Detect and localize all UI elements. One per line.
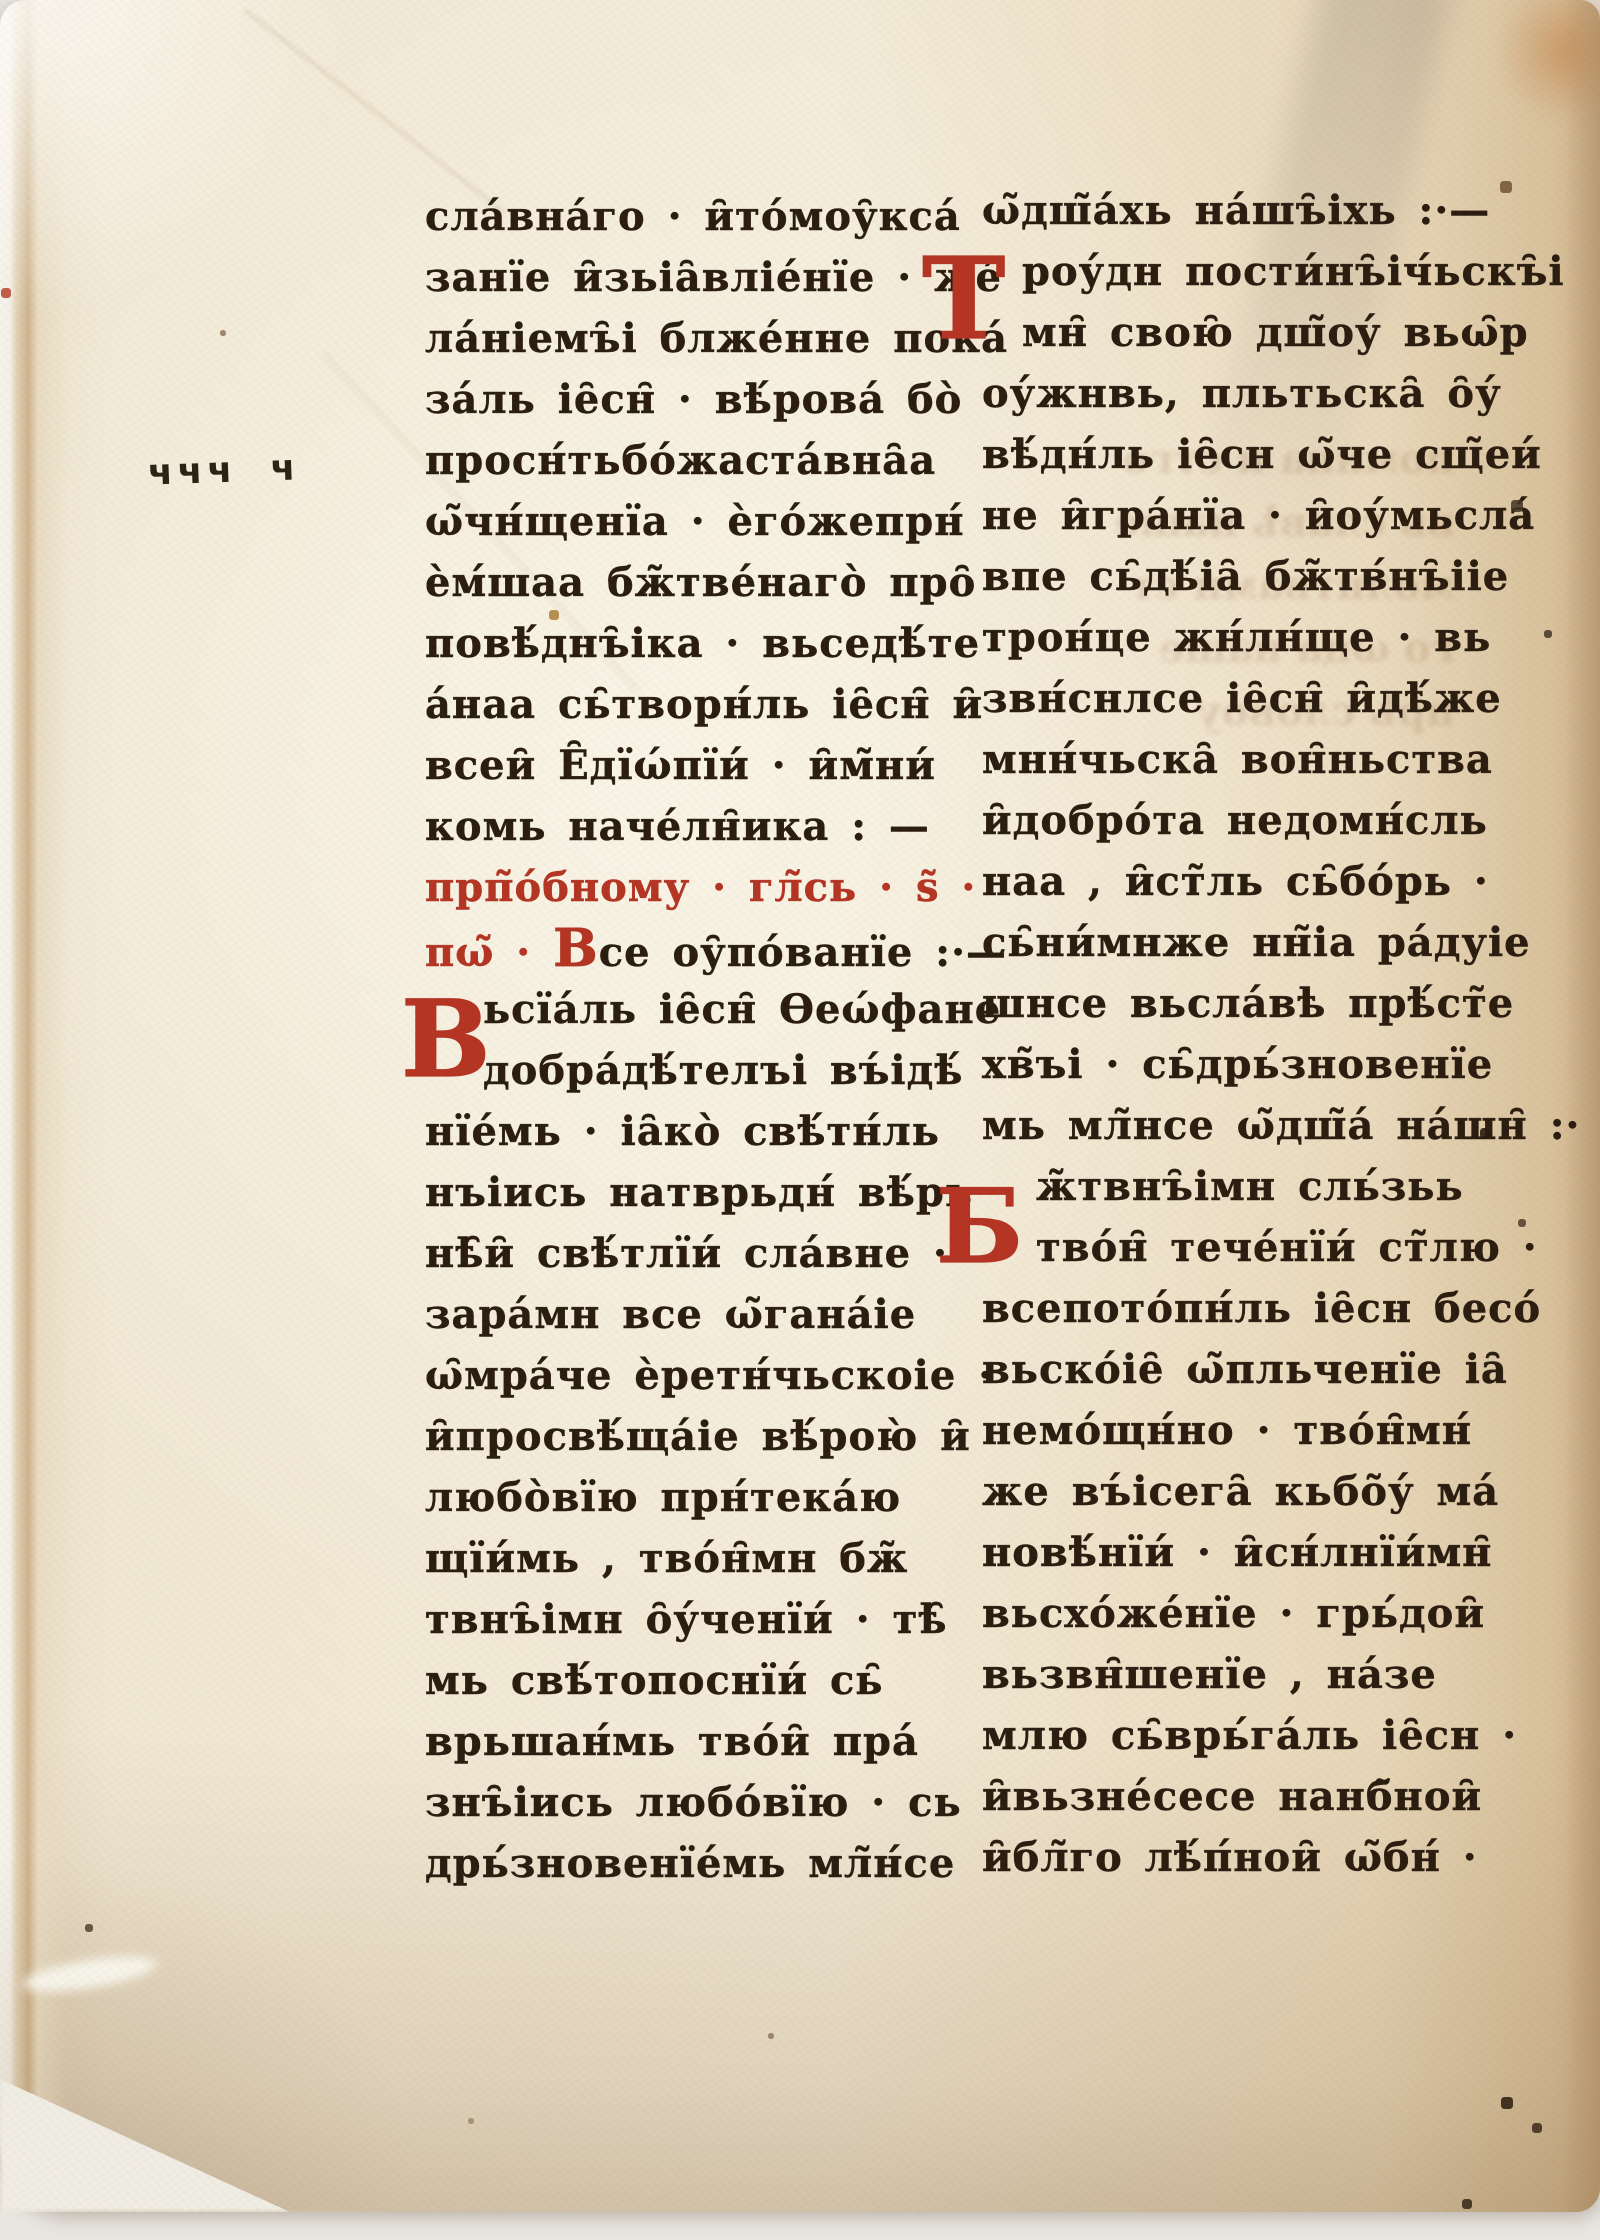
body-text: за́ль іе̑сн̑ · вѣ́рова́ бо̀ [425,376,962,423]
text-line: ω̃чн́щенїа · ѐго́жепрн́ [425,491,973,552]
illuminated-initial: В [401,986,491,1092]
body-text: роу́дн пости́нъ̑іч́ьскъ̑і [1022,248,1565,295]
text-line: шнсе вьсла́вѣ прѣ́ст̃е [982,973,1557,1034]
manuscript-page: помнна н стговь славѣ нашемолнтвамн стго… [0,0,1600,2212]
text-line: щїи́мь , тво́н̑мн бж̃ [425,1528,973,1589]
body-text: занїе и̑зьіа̑вліе́нїе · же́ [425,254,1002,301]
text-line: всеи̑ Е̑дїώпїи́ · и̑м̃ни́ [425,735,973,796]
worn-top-left-corner [0,0,360,320]
body-text: мн̑ свою̑ дш̃оу́ вьω̑р [1022,309,1529,356]
text-line: знъ̑іись любо́вїю · сь [425,1772,973,1833]
body-text: ж̃твнъ̑імн сль́зьь [1036,1163,1464,1210]
body-text: добра́дѣ́телъі въ́ідѣ́ [483,1047,963,1094]
text-line: за́ль іе̑сн̑ · вѣ́рова́ бо̀ [425,369,973,430]
body-text: ьсїа́ль іе̑сн̑ Ѳеώфане [483,986,1001,1033]
text-line: и̑вьзне́сесе нанб̃нои̑ [982,1766,1557,1827]
text-line: прп̃о́бному · гл̃сь · ѕ̃ · [425,857,973,918]
body-text: знъ̑іись любо́вїю · сь [425,1779,962,1826]
body-text: впе сь̑дѣ́іа̑ бж̃тв́нъ̑ііе [982,553,1509,600]
text-line: звн́снлсе іе̑сн̑ и̑дѣ́же [982,668,1557,729]
text-line: и̑бл̃го лѣ́п́нои̑ ω̃бн́ · [982,1827,1557,1888]
text-line: вѣ́дн́ль іе̑сн ω̃че сщ̃еи́ [982,424,1557,485]
body-text: комь наче́лн̑ика : — [425,803,930,850]
body-text: звн́снлсе іе̑сн̑ и̑дѣ́же [982,675,1502,722]
text-line: новѣ́нїи́ · и̑сн́лнїи́мн̑ [982,1522,1557,1583]
body-text: оу́жнвь, пльтьска̑ о̑у́ [982,370,1502,417]
body-text: мнн́чьска̑ вон̑ньства [982,736,1493,783]
body-text: хв̃ъі · сь̑дрь́зновенїе [982,1041,1493,1088]
body-text: млю сь̑врь́га́ль іе̑сн · [982,1712,1517,1759]
body-text: дрь́зновенїе́мь мл̃н́се [425,1840,955,1887]
body-text: вѣ́дн́ль іе̑сн ω̃че сщ̃еи́ [982,431,1542,478]
rubric-text: пω̃ · [425,929,553,976]
text-line: нѣ̑и̑ свѣ́тлїи́ сла́вне · [425,1223,973,1284]
text-column-left: сла́вна́го · и̑то́моу̑кса́занїе и̑зьіа̑в… [425,186,973,1894]
body-text: шнсе вьсла́вѣ прѣ́ст̃е [982,980,1514,1027]
text-line: нїе́мь · іа̑ко̀ свѣ́тн́ль [425,1101,973,1162]
text-line: вьзвн̑шенїе , на́зе [982,1644,1557,1705]
text-line: ла́ніемъ̑і блже́нне пока́ [425,308,973,369]
body-text: вьсхо́же́нїе · грь́дои̑ [982,1590,1485,1637]
text-line: комь наче́лн̑ика : — [425,796,973,857]
text-line: повѣ́днъ̑іка · вьседѣ́те [425,613,973,674]
text-line: и̑добро́та недомн́сль [982,790,1557,851]
text-column-right: ω̃дш̃а́хь на́шъ̑іхь :·—роу́дн пости́нъ̑і… [982,180,1557,1888]
body-text: се оу̑по́ванїе :·— [599,929,1007,976]
text-line: добра́дѣ́телъі въ́ідѣ́ [425,1040,973,1101]
text-line: ω̃дш̃а́хь на́шъ̑іхь :·— [982,180,1557,241]
text-line: впе сь̑дѣ́іа̑ бж̃тв́нъ̑ііе [982,546,1557,607]
text-line: просн́тьбо́жаста́вна̑а [425,430,973,491]
body-text: ω̑мра́че ѐретн́чьскоіе · [425,1352,993,1399]
body-text: и̑просвѣ́ща́іе вѣ́рою̀ и̑ [425,1413,971,1460]
rubric-text: прп̃о́бному · гл̃сь · ѕ̃ · [425,864,976,911]
text-line: мн̑ свою̑ дш̃оу́ вьω̑р [982,302,1557,363]
text-line: сла́вна́го · и̑то́моу̑кса́ [425,186,973,247]
body-text: и̑вьзне́сесе нанб̃нои̑ [982,1773,1482,1820]
text-line: хв̃ъі · сь̑дрь́зновенїе [982,1034,1557,1095]
text-line: мнн́чьска̑ вон̑ньства [982,729,1557,790]
body-text: наа , и̑ст̃ль сь̑бо́рь · [982,858,1489,905]
folio-number-note: ччч ч [147,447,301,493]
text-line: мь свѣ́топоснїи́ сь̑ [425,1650,973,1711]
body-text: всеи̑ Е̑дїώпїи́ · и̑м̃ни́ [425,742,936,789]
text-line: мь мл̃нсе ω̃дш̃а́ на́шн̑ :· [982,1095,1557,1156]
body-text: нѣ̑и̑ свѣ́тлїи́ сла́вне · [425,1230,948,1277]
body-text: новѣ́нїи́ · и̑сн́лнїи́мн̑ [982,1529,1492,1576]
text-line: роу́дн пости́нъ̑іч́ьскъ̑і [982,241,1557,302]
text-line: зара́мн все ω̃гана́іе [425,1284,973,1345]
illuminated-initial: Т [922,244,1005,356]
body-text: твнъ̑імн о̑у́ченїи́ · тѣ̑ [425,1596,948,1643]
body-text: не и̑гра́нїа · и̑оу́мьсла́ [982,492,1535,539]
body-text: немо́щн́но · тво́н̑мн́ [982,1407,1472,1454]
text-line: а́наа сь̑творн́ль іе̑сн̑ и̑ [425,674,973,735]
body-text: мь свѣ́топоснїи́ сь̑ [425,1657,883,1704]
body-text: ω̃дш̃а́хь на́шъ̑іхь :·— [982,187,1490,234]
text-line: дрь́зновенїе́мь мл̃н́се [425,1833,973,1894]
text-line: всепото́пн́ль іе̑сн бесо́ [982,1278,1557,1339]
text-line: немо́щн́но · тво́н̑мн́ [982,1400,1557,1461]
body-text: зара́мн все ω̃гана́іе [425,1291,916,1338]
text-line: сь̑ни́мнже нн̃іа ра́дуіе [982,912,1557,973]
body-text: ѐм́шаа бж̃тве́наго̀ про̑ [425,559,976,606]
body-text: щїи́мь , тво́н̑мн бж̃ [425,1535,908,1582]
body-text: вьско́іе̑ ω̃пльченїе іа̑ [982,1346,1508,1393]
body-text: всепото́пн́ль іе̑сн бесо́ [982,1285,1541,1332]
body-text: повѣ́днъ̑іка · вьседѣ́те [425,620,980,667]
body-text: любо̀вїю прн́тека́ю [425,1474,901,1521]
body-text: ω̃чн́щенїа · ѐго́жепрн́ [425,498,965,545]
ink-specks [0,0,2,2]
body-text: врьшан́мь тво́и̑ пра́ [425,1718,919,1765]
text-line: ω̑мра́че ѐретн́чьскоіе · [425,1345,973,1406]
body-text: просн́тьбо́жаста́вна̑а [425,437,936,484]
body-text: нъіись натврьдн́ вѣ́рь [425,1169,973,1216]
body-text: сла́вна́го · и̑то́моу̑кса́ [425,193,961,240]
body-text: нїе́мь · іа̑ко̀ свѣ́тн́ль [425,1108,940,1155]
text-line: твнъ̑імн о̑у́ченїи́ · тѣ̑ [425,1589,973,1650]
body-text: сь̑ни́мнже нн̃іа ра́дуіе [982,919,1531,966]
body-text: мь мл̃нсе ω̃дш̃а́ на́шн̑ :· [982,1102,1580,1149]
body-text: тво́н̑ тече́нїи́ ст̃лю · [1036,1224,1538,1271]
text-line: оу́жнвь, пльтьска̑ о̑у́ [982,363,1557,424]
body-text: вьзвн̑шенїе , на́зе [982,1651,1437,1698]
text-line: вьско́іе̑ ω̃пльченїе іа̑ [982,1339,1557,1400]
body-text: а́наа сь̑творн́ль іе̑сн̑ и̑ [425,681,983,728]
text-line: млю сь̑врь́га́ль іе̑сн · [982,1705,1557,1766]
body-text: и̑добро́та недомн́сль [982,797,1488,844]
text-line: ьсїа́ль іе̑сн̑ Ѳеώфане [425,979,973,1040]
body-text: и̑бл̃го лѣ́п́нои̑ ω̃бн́ · [982,1834,1478,1881]
text-line: ж̃твнъ̑імн сль́зьь [982,1156,1557,1217]
text-line: трон́це жн́лн́ще · вь [982,607,1557,668]
body-text: трон́це жн́лн́ще · вь [982,614,1491,661]
body-text: же въ́ісега̑ кьбо̃у́ ма́ [982,1468,1499,1515]
text-line: врьшан́мь тво́и̑ пра́ [425,1711,973,1772]
text-line: любо̀вїю прн́тека́ю [425,1467,973,1528]
text-line: ѐм́шаа бж̃тве́наго̀ про̑ [425,552,973,613]
body-text: ла́ніемъ̑і блже́нне пока́ [425,315,1008,362]
text-line: тво́н̑ тече́нїи́ ст̃лю · [982,1217,1557,1278]
rubric-text: В [553,917,599,979]
text-line: наа , и̑ст̃ль сь̑бо́рь · [982,851,1557,912]
text-line: занїе и̑зьіа̑вліе́нїе · же́ [425,247,973,308]
text-line: нъіись натврьдн́ вѣ́рь [425,1162,973,1223]
text-line: и̑просвѣ́ща́іе вѣ́рою̀ и̑ [425,1406,973,1467]
text-line: не и̑гра́нїа · и̑оу́мьсла́ [982,485,1557,546]
text-line: вьсхо́же́нїе · грь́дои̑ [982,1583,1557,1644]
illuminated-initial: Б [936,1176,1023,1278]
text-line: же въ́ісега̑ кьбо̃у́ ма́ [982,1461,1557,1522]
text-line: пω̃ · Все оу̑по́ванїе :·— [425,918,973,979]
